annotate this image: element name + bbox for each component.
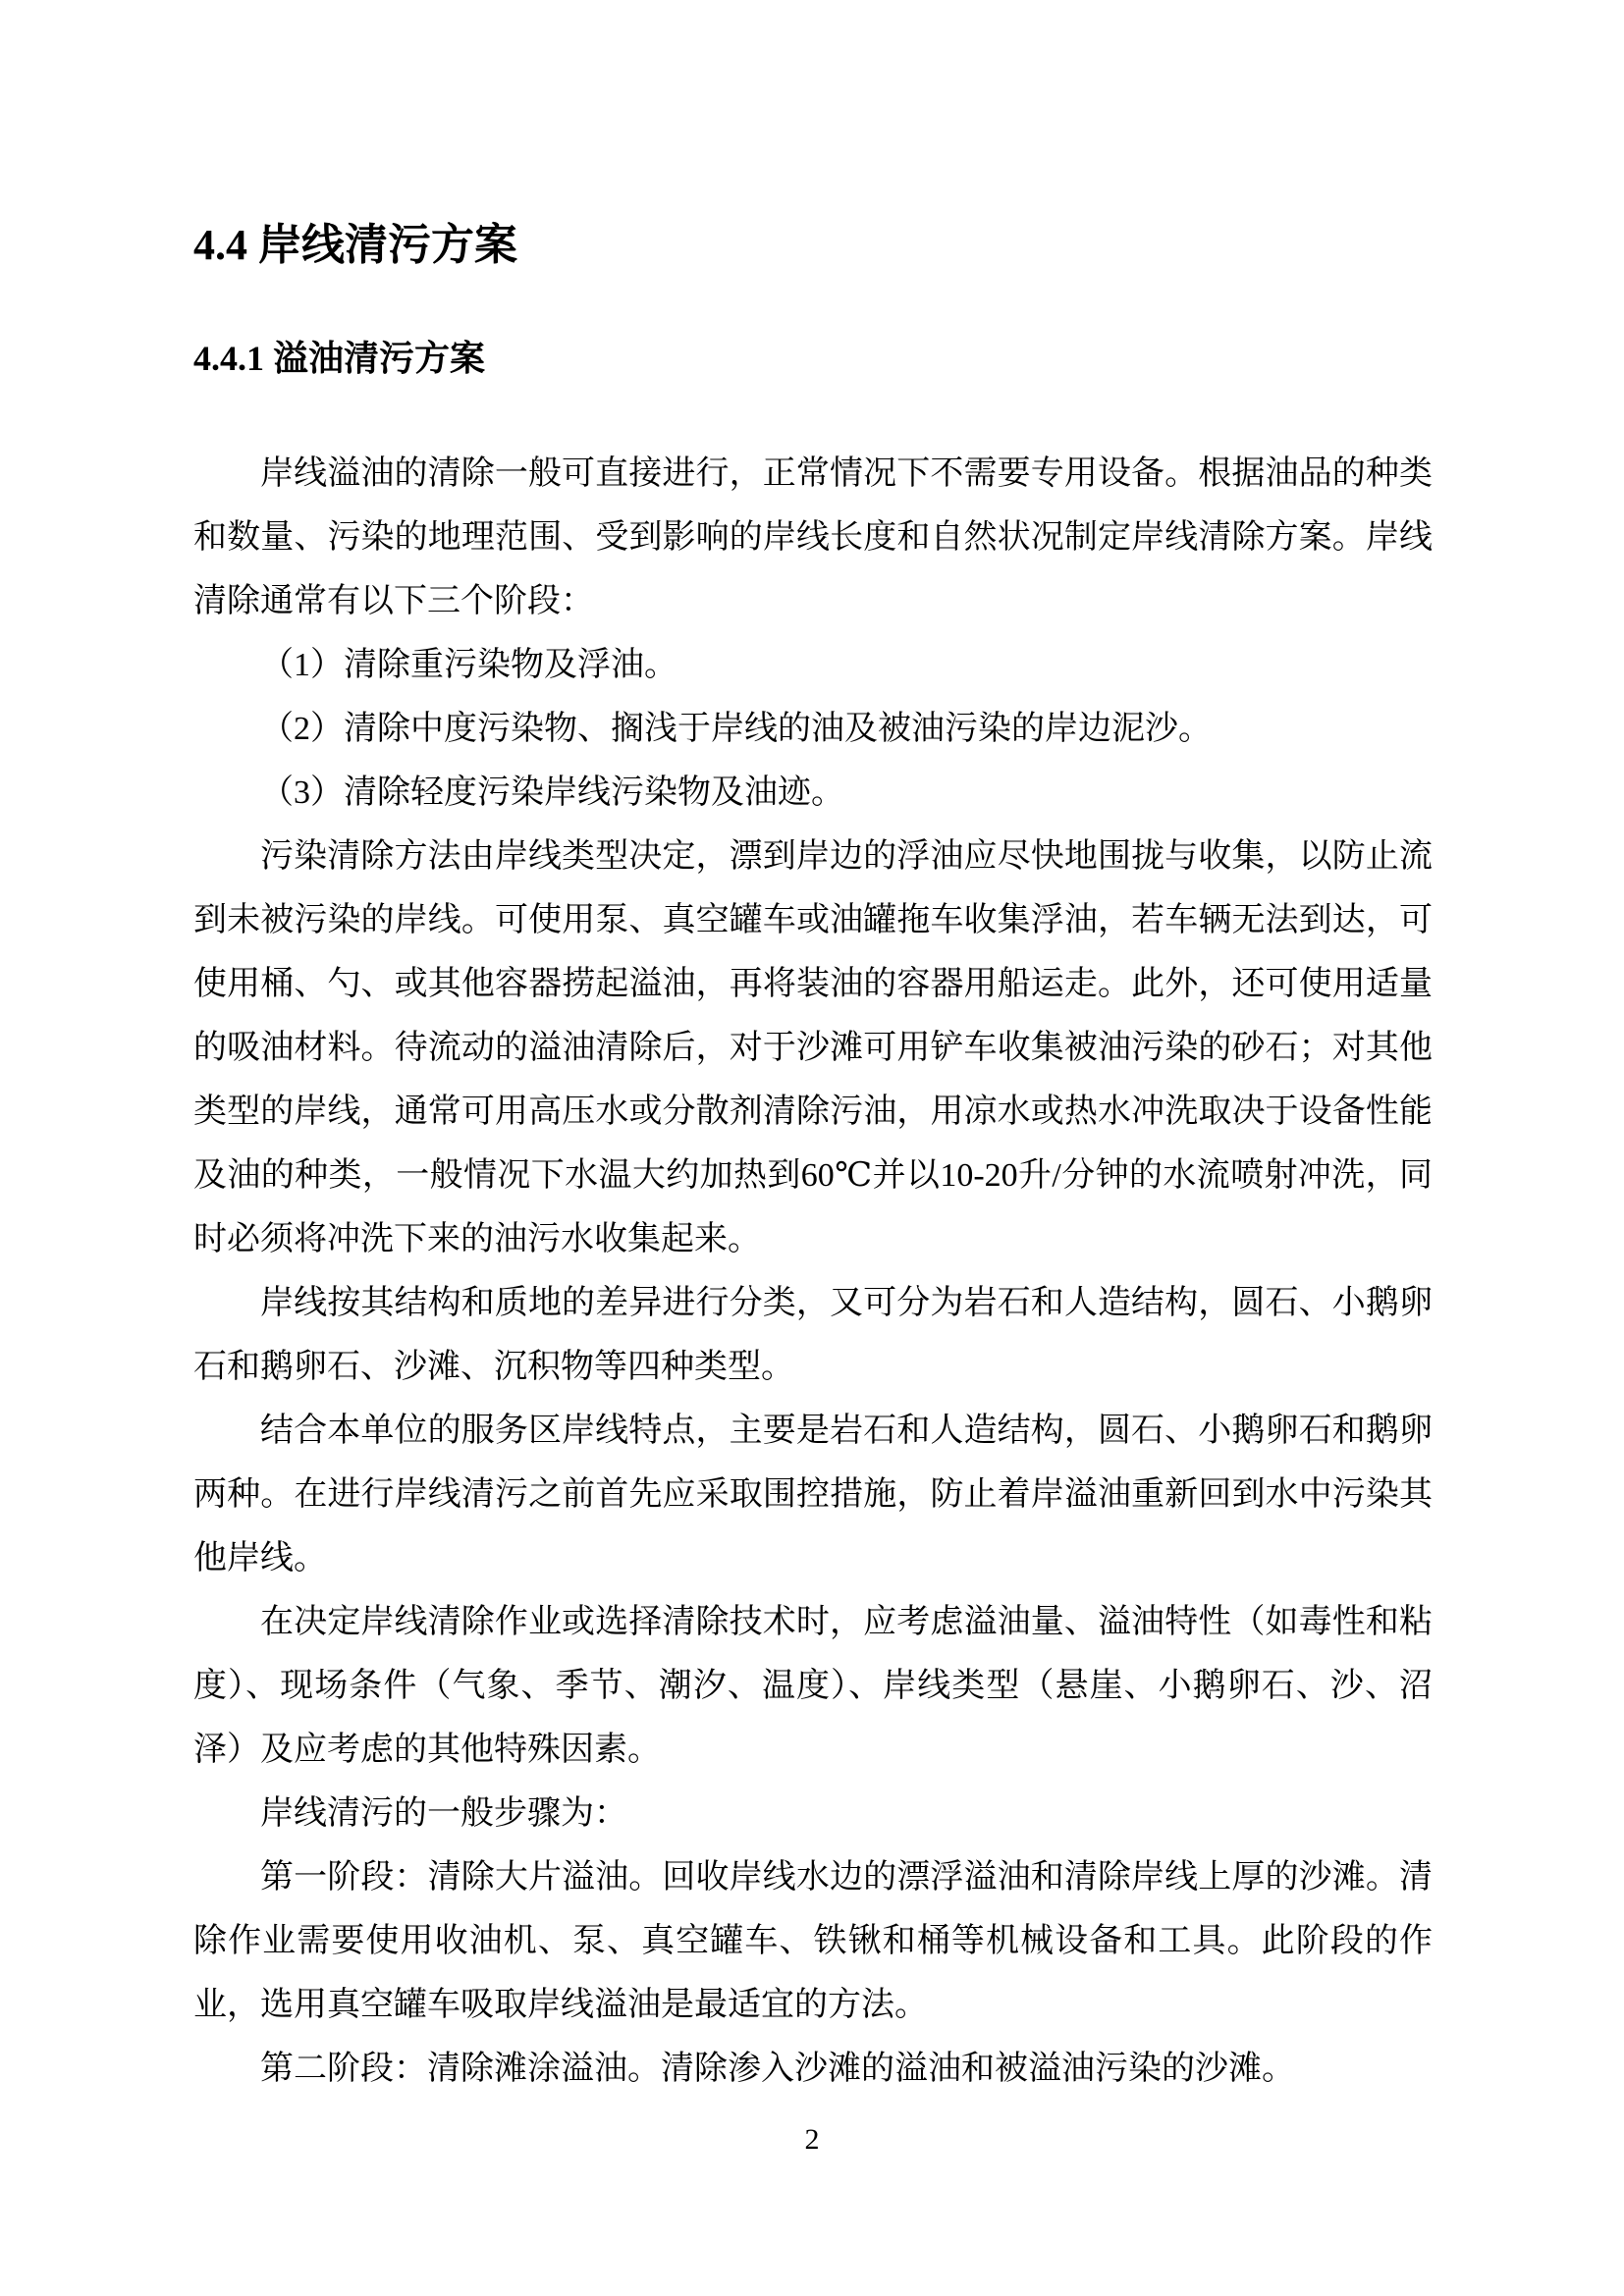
document-page: 4.4 岸线清污方案 4.4.1 溢油清污方案 岸线溢油的清除一般可直接进行，正…: [0, 0, 1624, 2296]
body-text: 岸线溢油的清除一般可直接进行，正常情况下不需要专用设备。根据油品的种类和数量、污…: [193, 442, 1433, 2101]
paragraph-service-area: 结合本单位的服务区岸线特点，主要是岩石和人造结构，圆石、小鹅卵石和鹅卵两种。在进…: [193, 1399, 1433, 1590]
paragraph-stage-1: 第一阶段：清除大片溢油。回收岸线水边的漂浮溢油和清除岸线上厚的沙滩。清除作业需要…: [193, 1845, 1433, 2037]
paragraph-intro: 岸线溢油的清除一般可直接进行，正常情况下不需要专用设备。根据油品的种类和数量、污…: [193, 442, 1433, 633]
list-item-1: （1）清除重污染物及浮油。: [193, 633, 1433, 697]
document-content: 4.4 岸线清污方案 4.4.1 溢油清污方案 岸线溢油的清除一般可直接进行，正…: [193, 224, 1433, 2101]
paragraph-stage-2: 第二阶段：清除滩涂溢油。清除渗入沙滩的溢油和被溢油污染的沙滩。: [193, 2037, 1433, 2101]
paragraph-decision-factors: 在决定岸线清除作业或选择清除技术时，应考虑溢油量、溢油特性（如毒性和粘度）、现场…: [193, 1590, 1433, 1782]
paragraph-cleanup-methods: 污染清除方法由岸线类型决定，漂到岸边的浮油应尽快地围拢与收集，以防止流到未被污染…: [193, 825, 1433, 1271]
paragraph-steps-intro: 岸线清污的一般步骤为：: [193, 1782, 1433, 1845]
subsection-heading: 4.4.1 溢油清污方案: [193, 341, 1433, 376]
list-item-3: （3）清除轻度污染岸线污染物及油迹。: [193, 761, 1433, 825]
list-item-2: （2）清除中度污染物、搁浅于岸线的油及被油污染的岸边泥沙。: [193, 697, 1433, 761]
page-number: 2: [0, 2120, 1624, 2160]
paragraph-shoreline-types: 岸线按其结构和质地的差异进行分类，又可分为岩石和人造结构，圆石、小鹅卵石和鹅卵石…: [193, 1271, 1433, 1399]
section-heading: 4.4 岸线清污方案: [193, 224, 1433, 267]
